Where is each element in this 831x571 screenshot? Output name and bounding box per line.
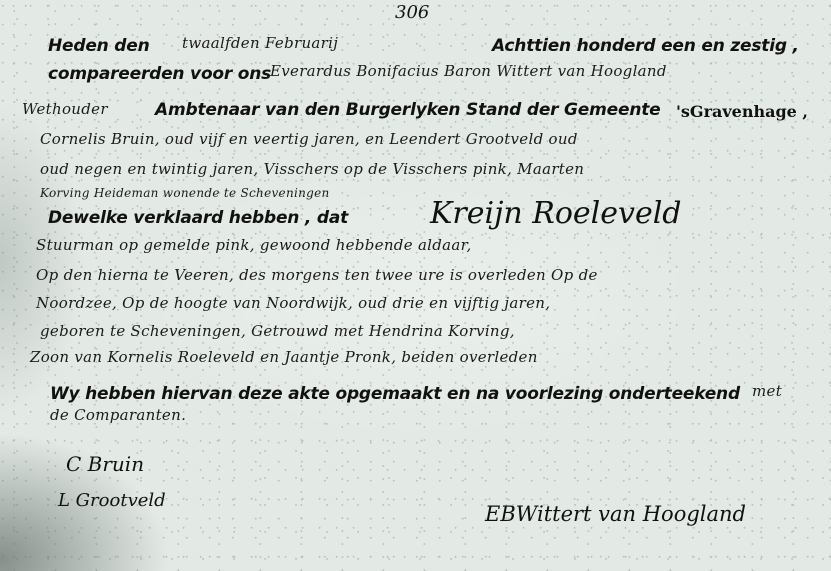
hand-death-time: Op den hierna te Veeren, des morgens ten… — [36, 266, 598, 284]
hand-met: met — [752, 382, 782, 400]
hand-death-place: Noordzee, Op de hoogte van Noordwijk, ou… — [36, 294, 550, 312]
hand-birth-marriage: geboren te Scheveningen, Getrouwd met He… — [40, 322, 515, 340]
hand-wethouder: Wethouder — [22, 100, 108, 118]
printed-heden-den: Heden den — [48, 36, 149, 56]
hand-deceased-name: Kreijn Roeleveld — [430, 196, 682, 231]
page-number: 306 — [395, 2, 429, 23]
hand-parents: Zoon van Kornelis Roeleveld en Jaantje P… — [30, 348, 538, 366]
hand-official-name: Everardus Bonifacius Baron Wittert van H… — [270, 62, 667, 80]
printed-ambtenaar: Ambtenaar van den Burgerlyken Stand der … — [155, 100, 660, 120]
hand-occupation: Stuurman op gemelde pink, gewoond hebben… — [36, 236, 472, 254]
signature-grootveld: L Grootveld — [58, 490, 166, 511]
hand-comparanten: de Comparanten. — [50, 406, 186, 424]
printed-closing: Wy hebben hiervan deze akte opgemaakt en… — [50, 384, 740, 404]
hand-witnesses-line: Cornelis Bruin, oud vijf en veertig jare… — [40, 130, 578, 148]
hand-date: twaalfden Februarij — [182, 34, 338, 52]
printed-year: Achttien honderd een en zestig , — [492, 36, 799, 56]
hand-witnesses-occupation: oud negen en twintig jaren, Visschers op… — [40, 160, 584, 178]
printed-declared: Dewelke verklaard hebben , dat — [48, 208, 348, 228]
printed-compareerden: compareerden voor ons — [48, 64, 271, 84]
paper-texture — [0, 0, 831, 571]
signature-wittert-van-hoogland: EBWittert van Hoogland — [485, 502, 746, 526]
hand-residence: Korving Heideman wonende te Scheveningen — [40, 186, 330, 200]
signature-bruin: C Bruin — [66, 452, 144, 476]
printed-municipality: 'sGravenhage , — [676, 102, 808, 121]
